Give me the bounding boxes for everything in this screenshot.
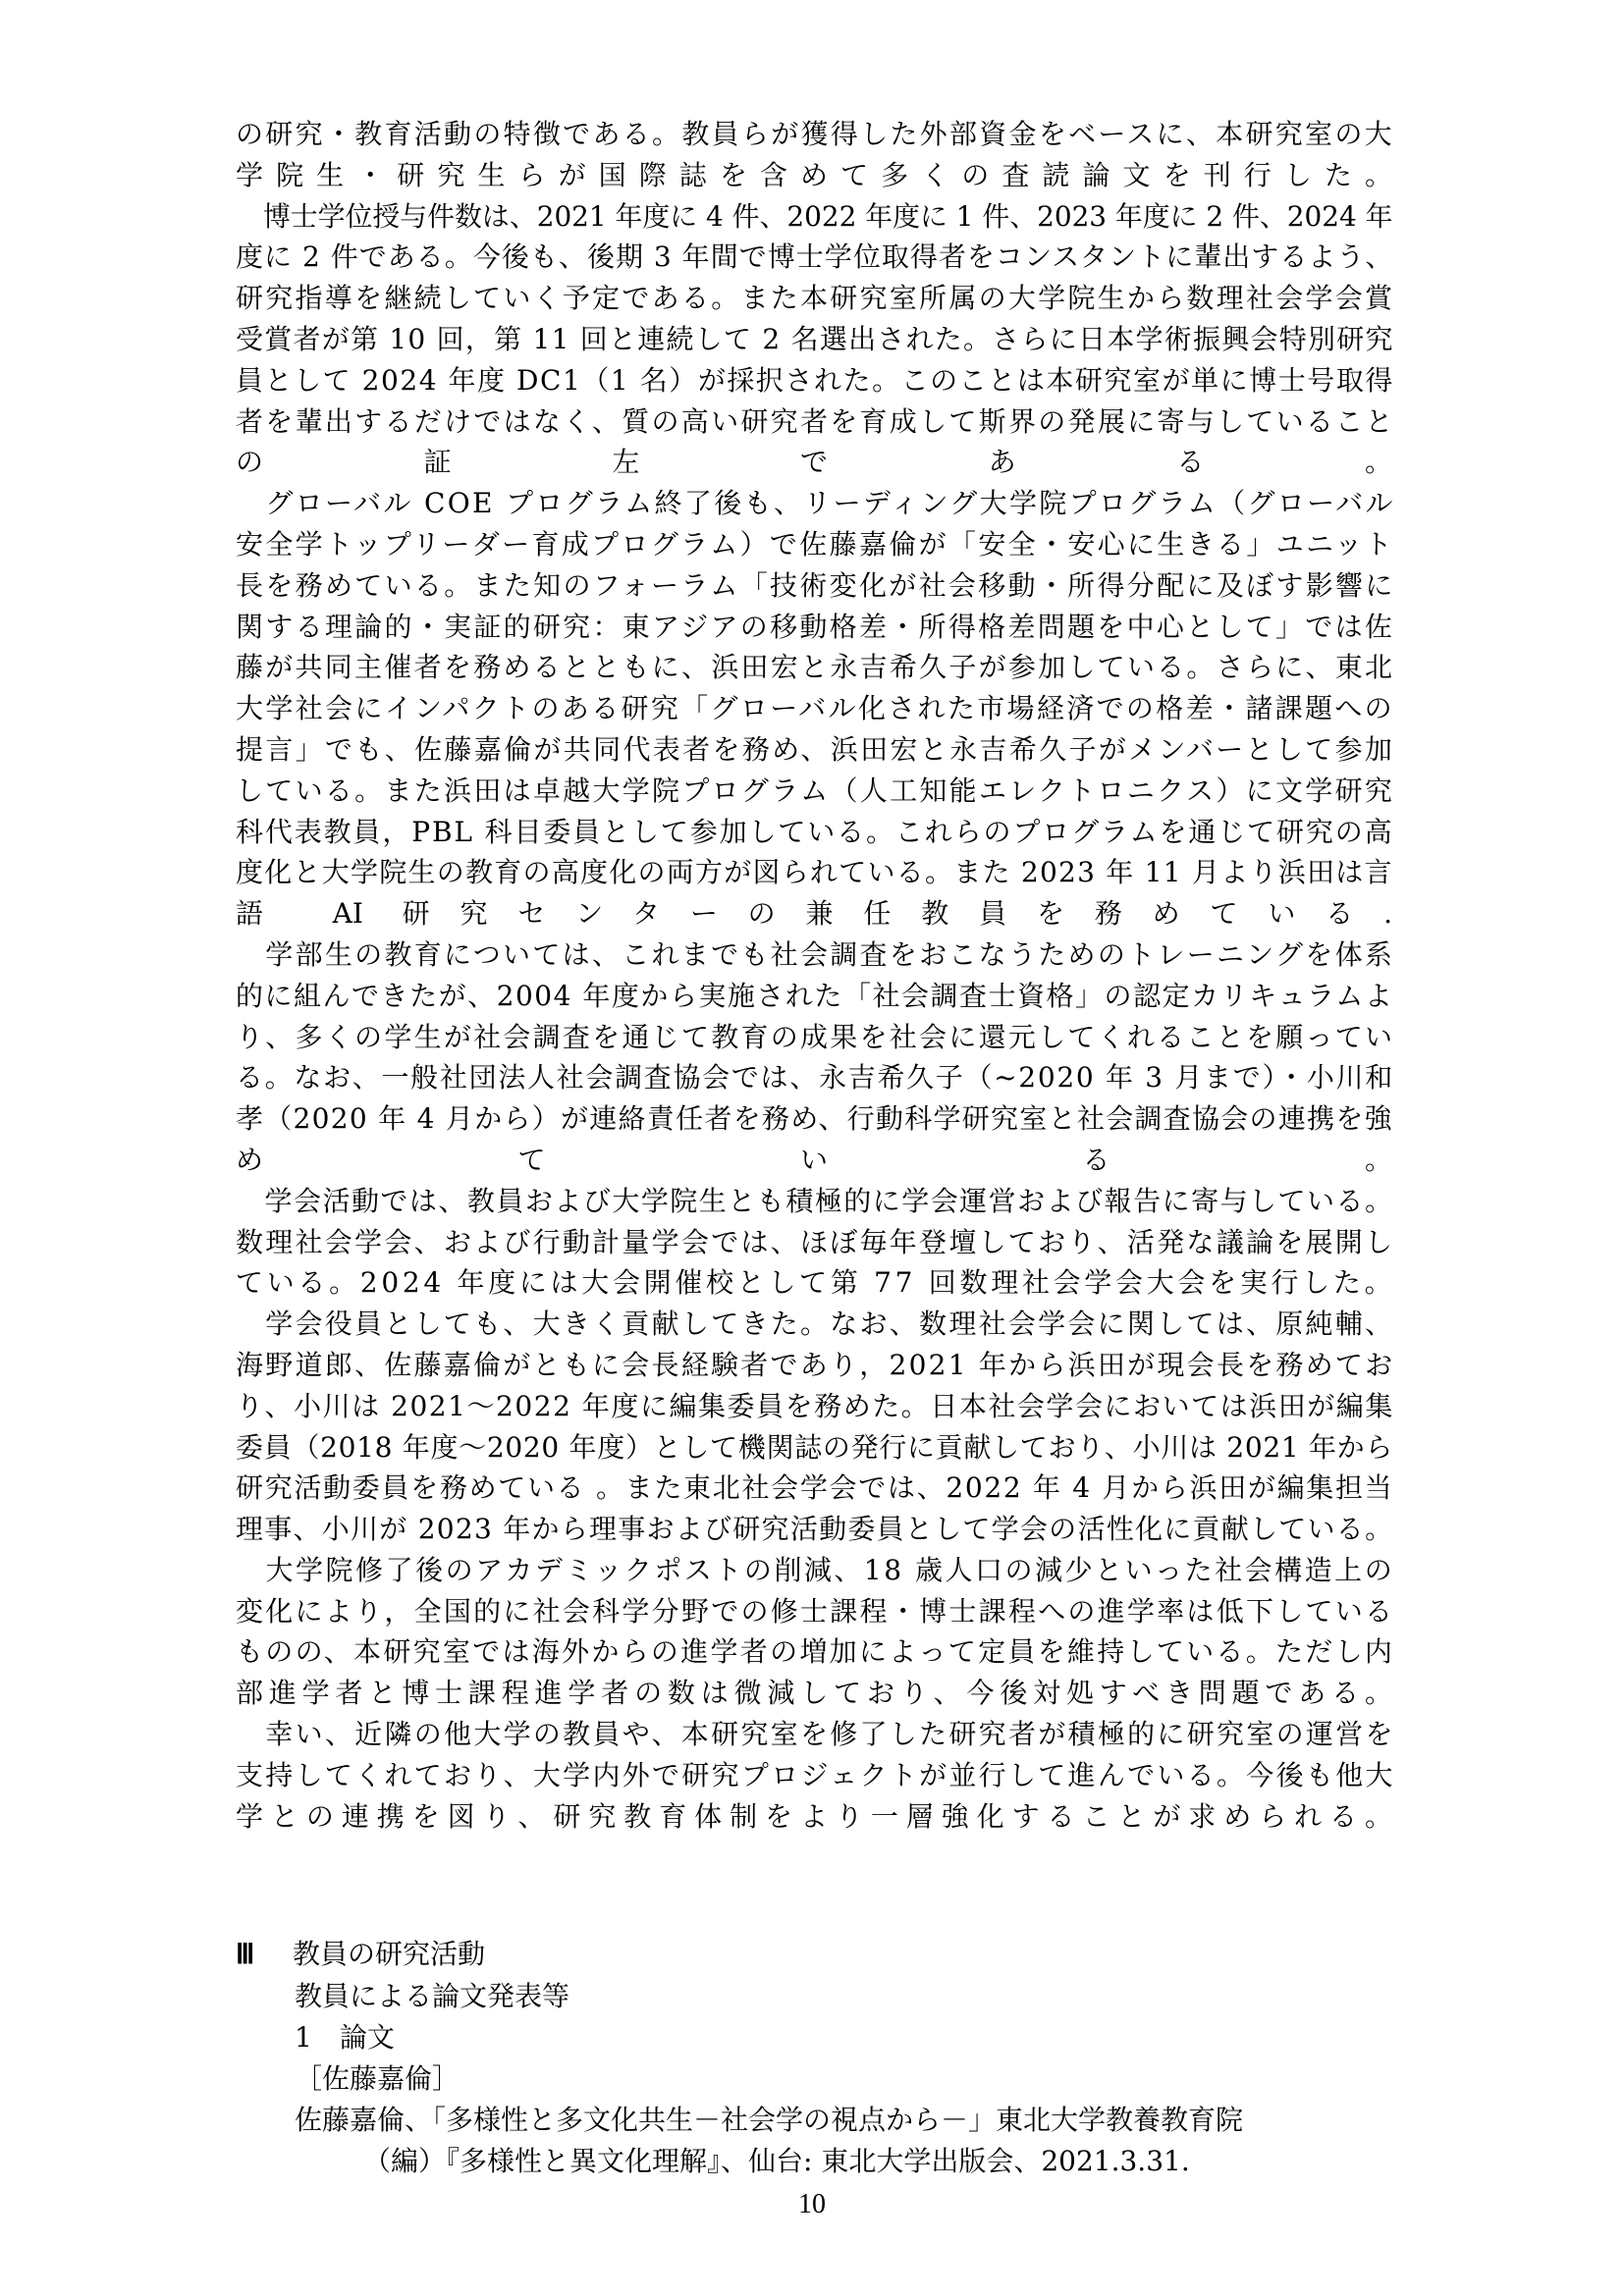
section-subtitle: 教員による論文発表等 [236, 1976, 1394, 2017]
reference-entry: 佐藤嘉倫、「多様性と多文化共生－社会学の視点から－」東北大学教養教育院 [236, 2100, 1394, 2141]
paragraph-6: 学会役員としても、大きく貢献してきた。なお、数理社会学会に関しては、原純輔、 海… [236, 1304, 1392, 1550]
text-line: 藤が共同主催者を務めるとともに、浜田宏と永吉希久子が参加している。さらに、東北 [236, 647, 1392, 688]
text-line: 学部生の教育については、これまでも社会調査をおこなうためのトレーニングを体系 [236, 934, 1392, 976]
text-line: 研究指導を継続していく予定である。また本研究室所属の大学院生から数理社会学会賞 [236, 278, 1392, 319]
text-line: 理事、小川が 2023 年から理事および研究活動委員として学会の活性化に貢献して… [236, 1509, 1392, 1550]
text-line: めている。 [236, 1140, 1392, 1181]
text-line: 的に組んできたが、2004 年度から実施された「社会調査士資格」の認定カリキュラ… [236, 976, 1392, 1017]
paragraph-5: 学会活動では、教員および大学院生とも積極的に学会運営および報告に寄与している。 … [236, 1181, 1392, 1304]
text-line: 変化により，全国的に社会科学分野での修士課程・博士課程への進学率は低下している [236, 1591, 1392, 1632]
text-line: 員として 2024 年度 DC1（1 名）が採択された。このことは本研究室が単に… [236, 360, 1392, 401]
text-line: 受賞者が第 10 回，第 11 回と連続して 2 名選出された。さらに日本学術振… [236, 319, 1392, 360]
text-line: グローバル COE プログラム終了後も、リーディング大学院プログラム（グローバル [236, 483, 1392, 524]
text-line: 部進学者と博士課程進学者の数は微減しており、今後対処すべき問題である。 [236, 1673, 1392, 1714]
text-line: 安全学トップリーダー育成プログラム）で佐藤嘉倫が「安全・安心に生きる」ユニット [236, 524, 1392, 565]
paragraph-7: 大学院修了後のアカデミックポストの削減、18 歳人口の減少といった社会構造上の … [236, 1550, 1392, 1714]
text-line: 学院生・研究生らが国際誌を含めて多くの査読論文を刊行した。 [236, 155, 1392, 196]
paragraph-4: 学部生の教育については、これまでも社会調査をおこなうためのトレーニングを体系 的… [236, 934, 1392, 1181]
text-line: り、多くの学生が社会調査を通じて教育の成果を社会に還元してくれることを願ってい [236, 1017, 1392, 1058]
text-line: 支持してくれており、大学内外で研究プロジェクトが並行して進んでいる。今後も他大 [236, 1755, 1392, 1796]
document-page: の研究・教育活動の特徴である。教員らが獲得した外部資金をベースに、本研究室の大 … [0, 0, 1624, 2296]
text-line: している。また浜田は卓越大学院プログラム（人工知能エレクトロニクス）に文学研究 [236, 771, 1392, 812]
paragraph-1: の研究・教育活動の特徴である。教員らが獲得した外部資金をベースに、本研究室の大 … [236, 114, 1392, 196]
subsection-heading: 1 論文 [236, 2017, 1394, 2058]
text-line: 大学院修了後のアカデミックポストの削減、18 歳人口の減少といった社会構造上の [236, 1550, 1392, 1591]
text-line: ものの、本研究室では海外からの進学者の増加によって定員を維持している。ただし内 [236, 1631, 1392, 1673]
text-line: 長を務めている。また知のフォーラム「技術変化が社会移動・所得分配に及ぼす影響に [236, 565, 1392, 607]
paragraph-3: グローバル COE プログラム終了後も、リーディング大学院プログラム（グローバル… [236, 483, 1392, 934]
paragraph-8: 幸い、近隣の他大学の教員や、本研究室を修了した研究者が積極的に研究室の運営を 支… [236, 1714, 1392, 1837]
section-number: Ⅲ [236, 1935, 293, 1976]
text-line: 幸い、近隣の他大学の教員や、本研究室を修了した研究者が積極的に研究室の運営を [236, 1714, 1392, 1755]
text-line: 大学社会にインパクトのある研究「グローバル化された市場経済での格差・諸課題への [236, 688, 1392, 729]
text-line: 度化と大学院生の教育の高度化の両方が図られている。また 2023 年 11 月よ… [236, 852, 1392, 893]
text-line: り、小川は 2021～2022 年度に編集委員を務めた。日本社会学会においては浜… [236, 1386, 1392, 1427]
section-title: 教員の研究活動 [293, 1938, 485, 1970]
text-line: 科代表教員，PBL 科目委員として参加している。これらのプログラムを通じて研究の… [236, 812, 1392, 853]
text-line: 関する理論的・実証的研究：東アジアの移動格差・所得格差問題を中心として」では佐 [236, 607, 1392, 648]
page-number: 10 [0, 2187, 1624, 2222]
section-faculty-research: Ⅲ教員の研究活動 教員による論文発表等 1 論文 ［佐藤嘉倫］ 佐藤嘉倫、「多様… [236, 1934, 1394, 2182]
text-line: の研究・教育活動の特徴である。教員らが獲得した外部資金をベースに、本研究室の大 [236, 114, 1392, 155]
section-heading: Ⅲ教員の研究活動 [236, 1934, 1394, 1976]
text-line: る。なお、一般社団法人社会調査協会では、永吉希久子（~2020 年 3 月まで）… [236, 1057, 1392, 1098]
reference-entry-continuation: （編）『多様性と異文化理解』、仙台: 東北大学出版会、2021.3.31. [236, 2141, 1394, 2182]
text-line: 学との連携を図り、研究教育体制をより一層強化することが求められる。 [236, 1796, 1392, 1838]
text-line: 博士学位授与件数は、2021 年度に 4 件、2022 年度に 1 件、2023… [236, 196, 1387, 238]
text-line: 学会活動では、教員および大学院生とも積極的に学会運営および報告に寄与している。 [236, 1181, 1392, 1222]
text-line: の証左である。 [236, 442, 1392, 483]
text-line: 度に 2 件である。今後も、後期 3 年間で博士学位取得者をコンスタントに輩出す… [236, 237, 1392, 278]
author-heading: ［佐藤嘉倫］ [236, 2058, 1394, 2100]
text-line: 者を輩出するだけではなく、質の高い研究者を育成して斯界の発展に寄与していること [236, 401, 1392, 443]
text-line: ている。2024 年度には大会開催校として第 77 回数理社会学会大会を実行した… [236, 1262, 1392, 1304]
text-line: 孝（2020 年 4 月から）が連絡責任者を務め、行動科学研究室と社会調査協会の… [236, 1098, 1392, 1140]
text-line: 語 AI 研究センターの兼任教員を務めている. [236, 893, 1392, 934]
text-line: 数理社会学会、および行動計量学会では、ほぼ毎年登壇しており、活発な議論を展開し [236, 1222, 1392, 1263]
text-line: 委員（2018 年度～2020 年度）として機関誌の発行に貢献しており、小川は … [236, 1427, 1392, 1468]
text-line: 学会役員としても、大きく貢献してきた。なお、数理社会学会に関しては、原純輔、 [236, 1304, 1392, 1345]
body-text: の研究・教育活動の特徴である。教員らが獲得した外部資金をベースに、本研究室の大 … [236, 114, 1392, 1837]
text-line: 海野道郎、佐藤嘉倫がともに会長経験者であり，2021 年から浜田が現会長を務めて… [236, 1345, 1392, 1386]
paragraph-2: 博士学位授与件数は、2021 年度に 4 件、2022 年度に 1 件、2023… [236, 196, 1392, 484]
text-line: 研究活動委員を務めている 。また東北社会学会では、2022 年 4 月から浜田が… [236, 1468, 1392, 1509]
text-line: 提言」でも、佐藤嘉倫が共同代表者を務め、浜田宏と永吉希久子がメンバーとして参加 [236, 729, 1392, 771]
